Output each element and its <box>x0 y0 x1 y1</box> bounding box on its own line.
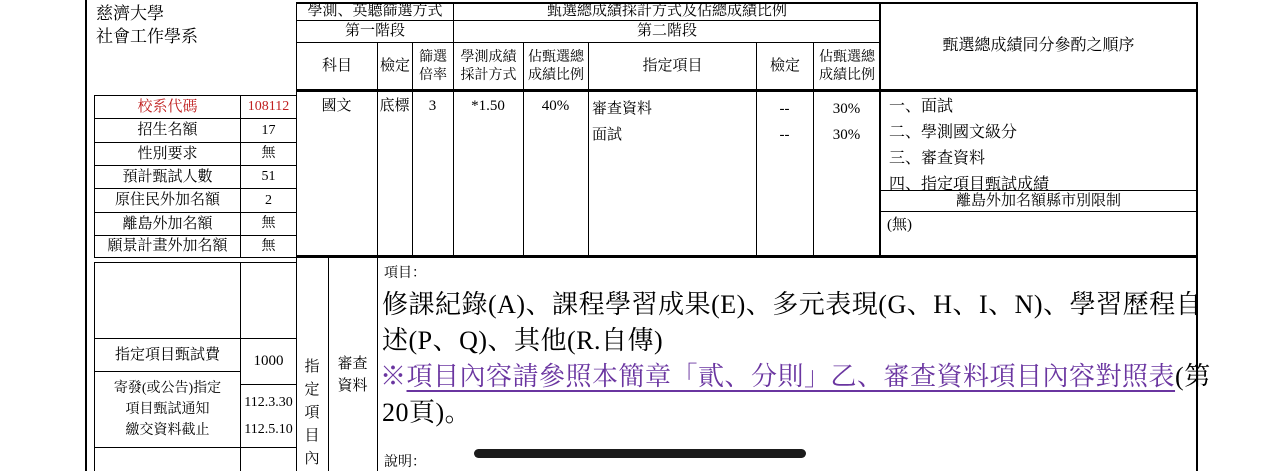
header-col-subject: 科目 <box>296 42 378 91</box>
vline-review-colA <box>328 258 329 471</box>
bottom-empty-label-cell <box>94 447 241 471</box>
header-col-item-pct: 佔甄選總 成績比例 <box>813 42 881 91</box>
screening-gsat-pct: 40% <box>523 97 588 127</box>
info-label-indigenous: 原住民外加名額 <box>94 188 241 213</box>
notice-dates: 112.3.30 112.5.10 <box>240 384 297 448</box>
review-items-label: 項目： <box>384 262 426 282</box>
island-limit-title: 離島外加名額縣市別限制 <box>880 190 1197 212</box>
tiebreak-list: 一、面試 二、學測國文級分 三、審查資料 四、指定項目甄試成績 <box>881 94 1196 190</box>
header-col-gsat-pct: 佔甄選總 成績比例 <box>523 42 589 91</box>
empty-label-cell <box>94 262 241 339</box>
redaction-bar <box>474 449 806 458</box>
header-stage1: 第一階段 <box>296 20 454 43</box>
info-value-indigenous: 2 <box>240 188 297 213</box>
screening-ratio: 3 <box>412 97 453 127</box>
info-label-vision: 願景計畫外加名額 <box>94 235 241 258</box>
info-label-quota: 招生名額 <box>94 118 241 143</box>
note-prefix: ※ <box>380 362 407 391</box>
bottom-empty-value-cell <box>240 447 297 471</box>
info-label-expected: 預計甄試人數 <box>94 165 241 189</box>
review-vertical-label: 指 定 項 目 內 <box>298 356 326 471</box>
notice-label: 寄發(或公告)指定 項目甄試通知 繳交資料截止 <box>94 371 241 448</box>
review-note-line2: 20頁)。 <box>382 392 471 429</box>
info-value-gender: 無 <box>240 142 297 166</box>
header-col-ratio: 篩選 倍率 <box>412 42 454 91</box>
screening-gsat-method: *1.50 <box>453 97 523 127</box>
header-stage2: 第二階段 <box>453 20 881 43</box>
note-suffix: (第 <box>1175 362 1211 391</box>
designated-item-benchmarks: -- -- <box>756 96 813 156</box>
info-label-gender: 性別要求 <box>94 142 241 166</box>
header-total-title: 甄選總成績採計方式及佔總成績比例 <box>453 2 881 21</box>
review-side-label: 審查 資料 <box>330 353 375 403</box>
header-col-gsat-method: 學測成績 採計方式 <box>453 42 524 91</box>
header-col-items: 指定項目 <box>588 42 757 91</box>
header-tiebreak-title: 甄選總成績同分參酌之順序 <box>881 2 1196 90</box>
info-label-island: 離島外加名額 <box>94 212 241 236</box>
department-name: 社會工作學系 <box>96 25 294 48</box>
info-value-code: 108112 <box>240 95 297 119</box>
vline-gsat-pct <box>588 91 589 256</box>
review-description-label: 說明： <box>384 451 426 471</box>
info-value-quota: 17 <box>240 118 297 143</box>
info-value-vision: 無 <box>240 235 297 258</box>
tiebreak-item-3: 三、審查資料 <box>881 146 1196 172</box>
header-stage1-title: 學測、英聽篩選方式 <box>296 2 454 21</box>
fee-value: 1000 <box>240 338 297 385</box>
review-content-line2: 述(P、Q)、其他(R.自傳) <box>382 320 663 357</box>
island-limit-value: (無) <box>880 211 1197 257</box>
screening-subject: 國文 <box>296 97 377 127</box>
header-col-item-benchmark: 檢定 <box>756 42 814 91</box>
designated-item-percents: 30% 30% <box>813 96 880 156</box>
review-content-line1: 修課紀錄(A)、課程學習成果(E)、多元表現(G、H、I、N)、學習歷程自 <box>382 284 1202 321</box>
fee-label: 指定項目甄試費 <box>94 338 241 372</box>
designated-item-names: 審查資料 面試 <box>592 96 752 156</box>
tiebreak-item-1: 一、面試 <box>881 94 1196 120</box>
header-col-benchmark: 檢定 <box>377 42 413 91</box>
empty-value-cell <box>240 262 297 339</box>
outer-left-border <box>85 0 87 471</box>
university-name: 慈濟大學 <box>96 2 294 25</box>
info-value-expected: 51 <box>240 165 297 189</box>
screening-benchmark: 底標 <box>377 97 412 127</box>
info-label-code: 校系代碼 <box>94 95 241 119</box>
review-note-link[interactable]: 項目內容請參照本簡章「貳、分則」乙、審查資料項目內容對照表 <box>407 362 1176 391</box>
vline-review-colB <box>377 258 378 471</box>
review-note-line: ※項目內容請參照本簡章「貳、分則」乙、審查資料項目內容對照表(第 <box>380 356 1211 393</box>
tiebreak-item-2: 二、學測國文級分 <box>881 120 1196 146</box>
school-name-cell: 慈濟大學 社會工作學系 <box>96 2 294 90</box>
admission-document: 慈濟大學 社會工作學系 學測、英聽篩選方式 甄選總成績採計方式及佔總成績比例 第… <box>0 0 1280 471</box>
info-value-island: 無 <box>240 212 297 236</box>
